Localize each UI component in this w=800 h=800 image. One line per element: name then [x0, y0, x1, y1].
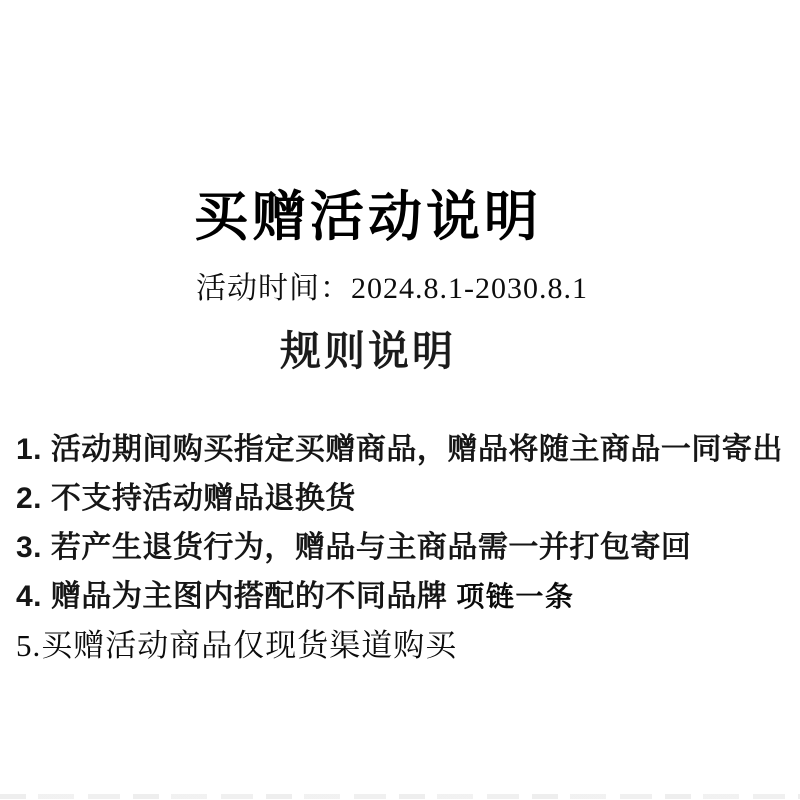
- rule-item-5-text: 5.买赠活动商品仅现货渠道购买: [16, 628, 457, 663]
- activity-time-line: 活动时间：2024.8.1-2030.8.1: [196, 272, 588, 306]
- rules-heading: 规则说明: [280, 329, 456, 373]
- rule-item-5: 5.买赠活动商品仅现货渠道购买: [16, 630, 800, 661]
- notice-title: 买赠活动说明: [194, 188, 542, 246]
- rules-list: 1. 活动期间购买指定买赠商品，赠品将随主商品一同寄出 2. 不支持活动赠品退换…: [16, 434, 800, 679]
- gift-necklace-highlight: 项链一条: [456, 581, 574, 612]
- rule-item-4-text: 4. 赠品为主图内搭配的不同品牌: [16, 580, 447, 613]
- rule-item-2-text: 2. 不支持活动赠品退换货: [16, 482, 356, 515]
- rule-item-1: 1. 活动期间购买指定买赠商品，赠品将随主商品一同寄出: [16, 434, 800, 465]
- cropped-bottom-text-edge: [0, 794, 800, 799]
- promo-notice-page: 买赠活动说明 活动时间：2024.8.1-2030.8.1 规则说明 1. 活动…: [0, 0, 800, 800]
- rule-item-3-text: 3. 若产生退货行为，赠品与主商品需一并打包寄回: [16, 531, 691, 564]
- rule-item-4: 4. 赠品为主图内搭配的不同品牌项链一条: [16, 581, 800, 612]
- rule-item-1-text: 1. 活动期间购买指定买赠商品，赠品将随主商品一同寄出: [16, 433, 783, 466]
- rule-item-2: 2. 不支持活动赠品退换货: [16, 483, 800, 514]
- rule-item-3: 3. 若产生退货行为，赠品与主商品需一并打包寄回: [16, 532, 800, 563]
